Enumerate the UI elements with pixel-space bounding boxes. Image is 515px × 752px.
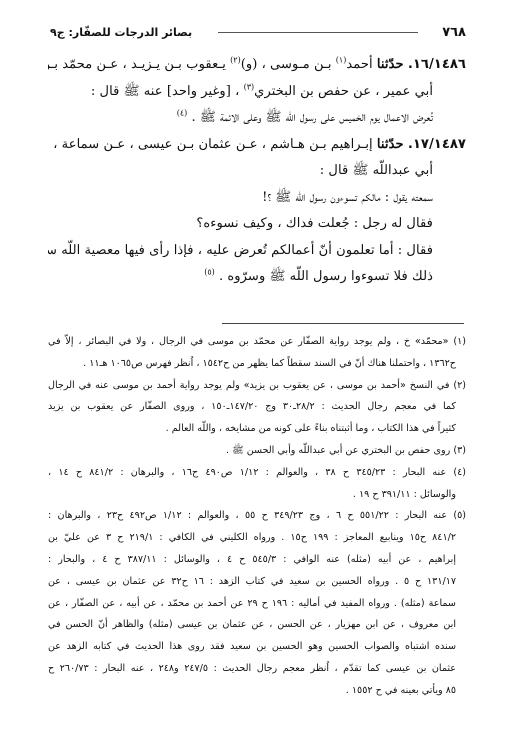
footnotes: (١) «محمّد» خ ، ولم يوجد رواية الصفّار ع… bbox=[48, 331, 466, 702]
hadith-1487-line-5: فقال : أما تعلمون أنّ أعمالكم تُعرض عليه… bbox=[48, 238, 466, 265]
header-rule bbox=[218, 32, 418, 33]
footnote-4-line-2: والوسائل : ٣٩١/١١ ح ١٩ . bbox=[48, 484, 466, 506]
text-segment: إبـراهيم بـن هـاشم ، عـن عثمان بـن عيسى … bbox=[48, 137, 373, 152]
text-segment: ذلك فلا تسوءوا رسول اللّه ﷺ وسرّوه . bbox=[219, 269, 433, 284]
hadith-1486-line-3: تُعرض الاعمال يوم الخميس على رسول اللّه … bbox=[48, 105, 466, 132]
footnote-5-line-8: عثمان بن عيسى كما تقدّم ، اُنظر معجم رجا… bbox=[48, 658, 466, 680]
hadith-1486-line-2: أبي عمير ، عن حفص بن البختري(٣) ، [وغير … bbox=[48, 79, 466, 106]
footnote-2-line-1: (٢) في النسخ «أحمد بن موسى ، عن يعقوب بن… bbox=[48, 375, 466, 397]
footnote-2-line-2: كما في معجم رجال الحديث : ٢٨/٢ـ٣٠ وج ١٤٧… bbox=[48, 396, 466, 418]
text-segment: تُعرض الاعمال يوم الخميس على رسول اللّه … bbox=[191, 110, 433, 125]
hadith-1487-line-2: أبي عبداللّه ﷺ قال : bbox=[48, 158, 466, 185]
footnote-ref-5[interactable]: (٥) bbox=[204, 268, 215, 277]
footnote-5-line-6: ابن معروف ، عن ابن مهزيار ، عن الحسن ، ع… bbox=[48, 614, 466, 636]
footnote-3-line-1: (٣) روى حفص بن البختري عن أبي عبداللّه و… bbox=[48, 440, 466, 462]
footnote-ref-1[interactable]: (١) bbox=[336, 56, 347, 65]
footnote-5-line-4: ١٣١/١٧ ح ٥ . ورواه الحسين بن سعيد في كتا… bbox=[48, 571, 466, 593]
text-segment: يـعقوب بـن يـزيـد ، عـن محمّد بـن bbox=[48, 57, 226, 72]
text-segment: أحمد bbox=[346, 57, 372, 72]
footnote-5-line-9: ٨٥ ويأتي بعينه في ح ١٥٥٢ . bbox=[48, 680, 466, 702]
footnote-1-line-1: (١) «محمّد» خ ، ولم يوجد رواية الصفّار ع… bbox=[48, 331, 466, 353]
hadith-1487-line-1: ١٧/١٤٨٧. حدّثنا إبـراهيم بـن هـاشم ، عـن… bbox=[48, 132, 466, 159]
text-segment: بـن مـوسى ، (و) bbox=[241, 57, 332, 72]
page-number: ٧٦٨ bbox=[442, 25, 466, 40]
hadith-1487-line-3: سمعته يقول : مالكم تسوءون رسول اللّه ﷺ ؟… bbox=[48, 185, 466, 212]
footnote-ref-2[interactable]: (٢) bbox=[230, 56, 241, 65]
text-segment: ، [وغير واحد] عنه ﷺ قال : bbox=[91, 84, 240, 99]
footnote-5-line-7: سنده اشتباه والصواب الحسين وهو الحسين بن… bbox=[48, 636, 466, 658]
footnote-5-line-3: إبراهيم ، عن أبيه (مثله) عنه الوافي : ٥٤… bbox=[48, 549, 466, 571]
book-page: ٧٦٨ بصائر الدرجات للصفّار: ج٩ ١٦/١٤٨٦. ح… bbox=[0, 0, 515, 752]
narration-keyword: حدّثنا bbox=[377, 137, 404, 152]
footnote-2-line-3: كثيراً في هذا الكتاب ، وما أثبتناه بناءً… bbox=[48, 418, 466, 440]
narration-keyword: حدّثنا bbox=[377, 57, 404, 72]
footnote-5-line-2: ٨٤١/٢ ح١٥ وينابيع المعاجز : ١٩٩ ح١٥ . ور… bbox=[48, 527, 466, 549]
hadith-1487-line-4: فقال له رجل : جُعلت فداك ، وكيف نسوءه؟ bbox=[48, 211, 466, 238]
footnote-5-line-1: (٥) عنه البحار : ٥٥١/٢٢ ح ٦ ، وج ٣٤٩/٢٣ … bbox=[48, 505, 466, 527]
main-text: ١٦/١٤٨٦. حدّثنا أحمد(١) بـن مـوسى ، (و)(… bbox=[48, 52, 466, 291]
hadith-number: ١٧/١٤٨٧. bbox=[408, 137, 466, 152]
text-segment: أبي عمير ، عن حفص بن البختري bbox=[254, 84, 433, 99]
footnote-divider bbox=[222, 323, 464, 324]
hadith-1487-line-6: ذلك فلا تسوءوا رسول اللّه ﷺ وسرّوه . (٥) bbox=[48, 264, 466, 291]
footnote-ref-3[interactable]: (٣) bbox=[244, 82, 255, 91]
hadith-1486-line-1: ١٦/١٤٨٦. حدّثنا أحمد(١) بـن مـوسى ، (و)(… bbox=[48, 52, 466, 79]
footnote-1-line-2: ح١٣٦٢ ، واحتملنا هناك أنّ في السند سقطاً… bbox=[48, 353, 466, 375]
book-title: بصائر الدرجات للصفّار: ج٩ bbox=[50, 26, 192, 39]
footnote-4-line-1: (٤) عنه البحار : ٣٤٥/٢٣ ح ٣٨ ، والعوالم … bbox=[48, 462, 466, 484]
running-header: ٧٦٨ بصائر الدرجات للصفّار: ج٩ bbox=[50, 22, 466, 42]
hadith-number: ١٦/١٤٨٦. bbox=[408, 57, 466, 72]
footnote-5-line-5: سماعة (مثله) . ورواه المفيد في أماليه : … bbox=[48, 593, 466, 615]
footnote-ref-4[interactable]: (٤) bbox=[177, 109, 188, 118]
